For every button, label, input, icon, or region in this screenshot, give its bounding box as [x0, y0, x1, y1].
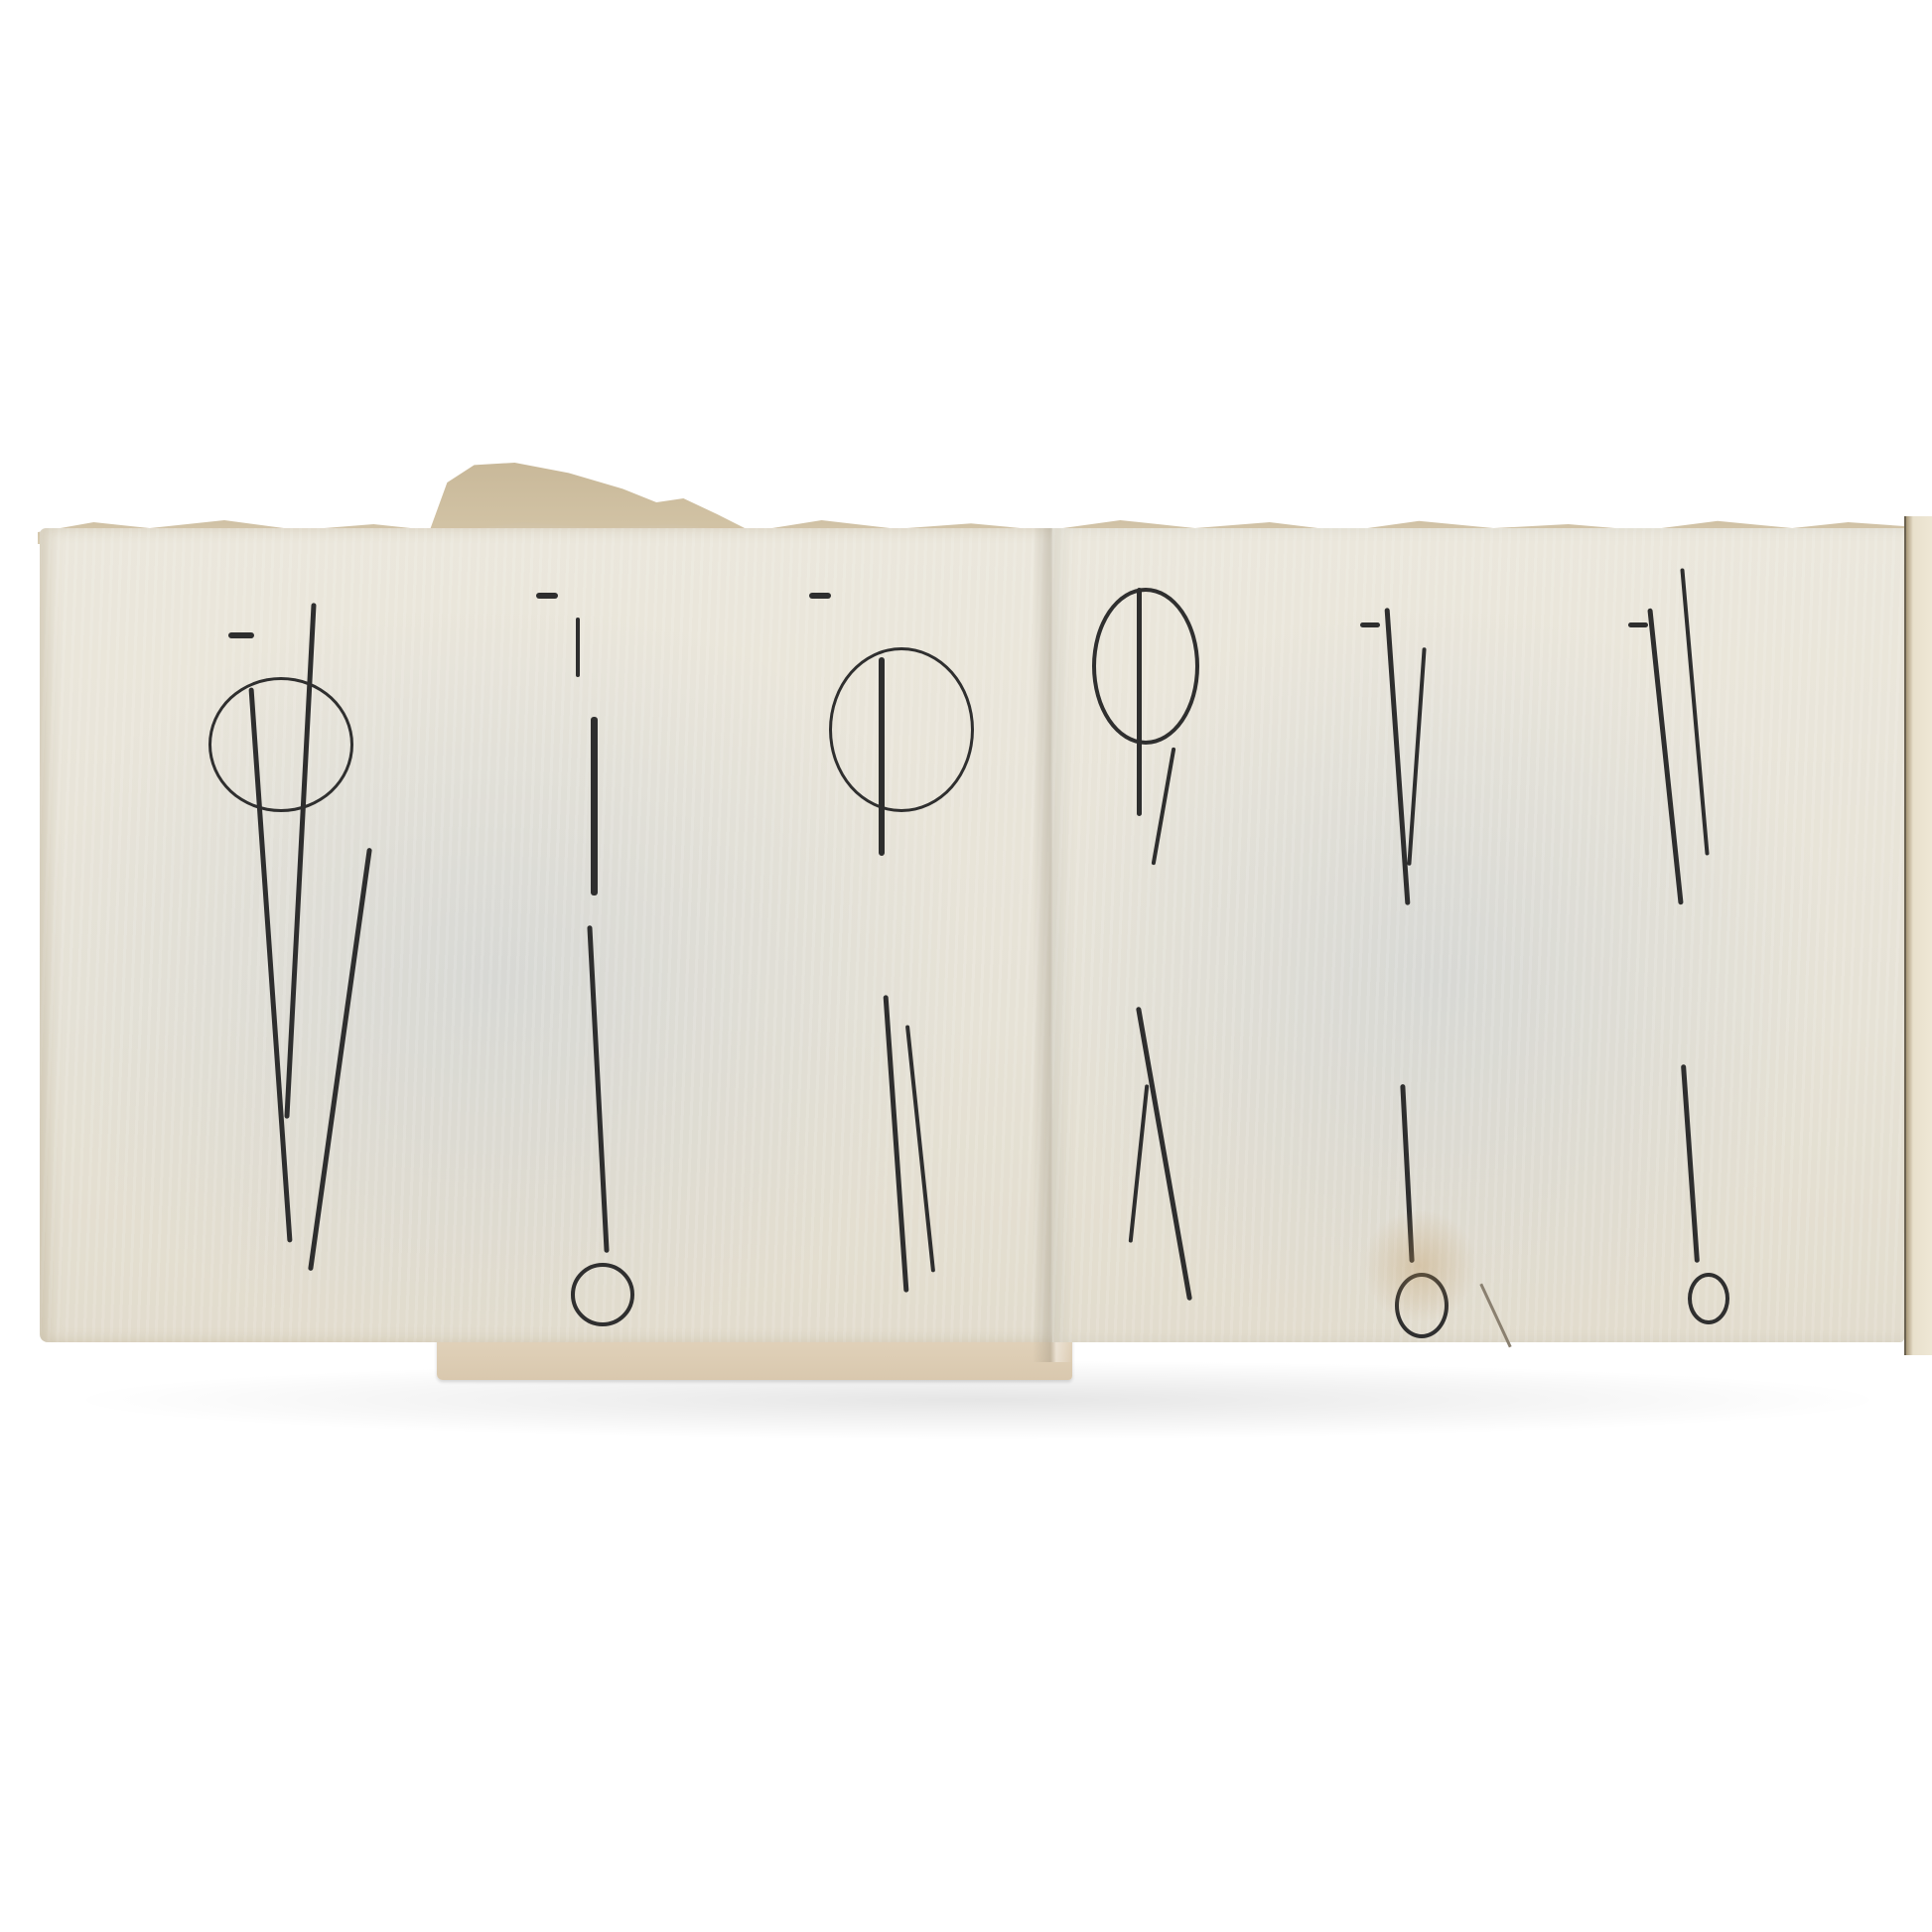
- circle-mark: [1092, 588, 1199, 745]
- ink-stroke: [1152, 748, 1176, 866]
- circle-mark: [208, 677, 353, 812]
- ink-stroke: [1407, 647, 1426, 866]
- circle-mark: [1688, 1273, 1729, 1324]
- brown-stain: [1360, 1211, 1479, 1320]
- item-mark: [228, 632, 254, 638]
- ink-stroke: [308, 848, 372, 1272]
- ink-stroke: [1681, 1064, 1700, 1263]
- item-mark: [1360, 622, 1380, 627]
- item-mark: [536, 593, 558, 599]
- ink-stroke: [1136, 1007, 1192, 1301]
- ink-stroke: [1137, 588, 1142, 816]
- ink-stroke: [1680, 568, 1709, 855]
- next-page-edge: [1904, 516, 1932, 1355]
- torn-paper-flap: [427, 459, 764, 538]
- ink-stroke: [879, 657, 885, 856]
- circle-mark: [829, 647, 974, 812]
- ink-stroke: [905, 1025, 935, 1272]
- ink-stroke: [591, 717, 598, 896]
- document-photograph: [0, 0, 1932, 1932]
- right-page: [1052, 528, 1904, 1342]
- ink-stroke: [1385, 608, 1411, 905]
- item-mark: [1628, 622, 1648, 627]
- item-mark: [809, 593, 831, 599]
- ink-stroke: [1129, 1084, 1150, 1243]
- ink-stroke: [884, 995, 909, 1293]
- ink-stroke: [587, 925, 609, 1253]
- ink-stroke: [1647, 609, 1683, 905]
- left-page: [40, 528, 1057, 1342]
- circle-mark: [571, 1263, 634, 1326]
- ink-stroke: [576, 618, 580, 677]
